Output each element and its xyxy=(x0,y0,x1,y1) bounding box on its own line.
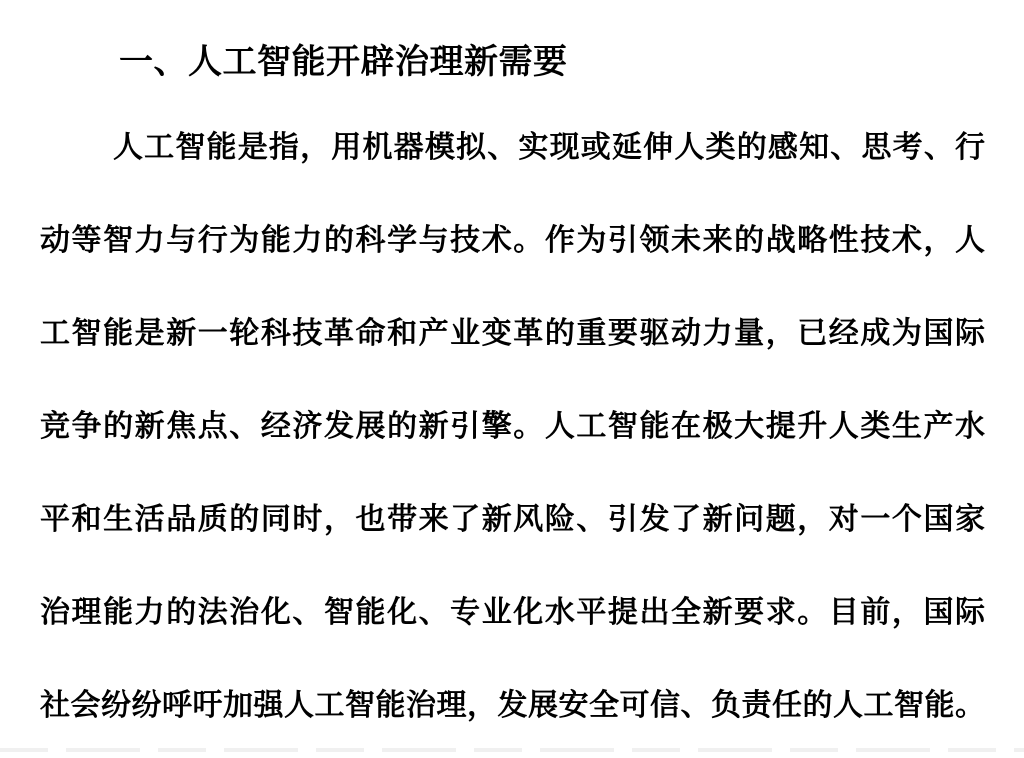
page-boundary-dashed-line xyxy=(0,748,1024,752)
paragraph-line: 社会纷纷呼吁加强人工智能治理，发展安全可信、负责任的人工智能。 xyxy=(40,659,985,752)
section-heading: 一、人工智能开辟治理新需要 xyxy=(119,41,568,83)
paragraph-line: 平和生活品质的同时，也带来了新风险、引发了新问题，对一个国家 xyxy=(40,473,985,566)
paragraph-line: 竞争的新焦点、经济发展的新引擎。人工智能在极大提升人类生产水 xyxy=(40,380,985,473)
body-paragraph: 人工智能是指，用机器模拟、实现或延伸人类的感知、思考、行 动等智力与行为能力的科… xyxy=(40,101,985,752)
paragraph-line: 人工智能是指，用机器模拟、实现或延伸人类的感知、思考、行 xyxy=(40,101,985,194)
paragraph-line: 动等智力与行为能力的科学与技术。作为引领未来的战略性技术，人 xyxy=(40,194,985,287)
document-page: 一、人工智能开辟治理新需要 人工智能是指，用机器模拟、实现或延伸人类的感知、思考… xyxy=(0,0,1024,758)
paragraph-line: 工智能是新一轮科技革命和产业变革的重要驱动力量，已经成为国际 xyxy=(40,287,985,380)
paragraph-line: 治理能力的法治化、智能化、专业化水平提出全新要求。目前，国际 xyxy=(40,566,985,659)
